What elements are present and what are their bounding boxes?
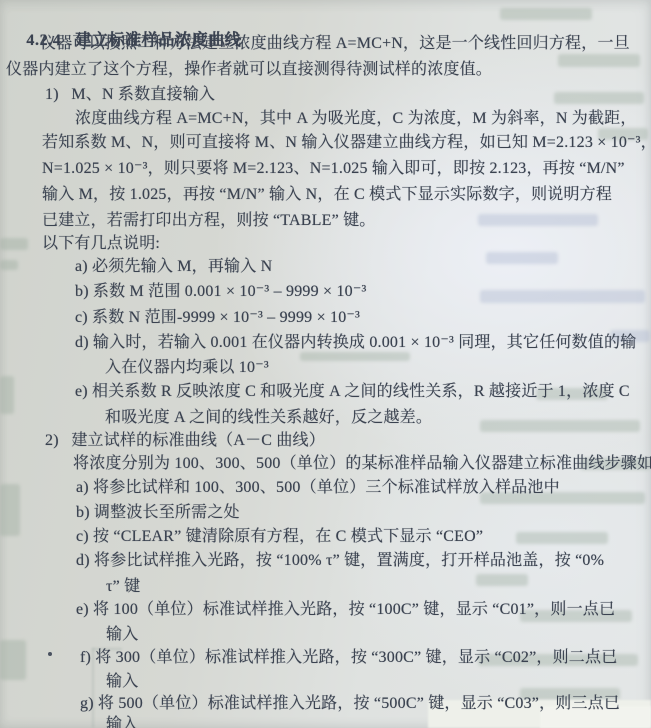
step-item-a: a) 将参比试样和 100、300、500（单位）三个标准试样放入样品池中 — [76, 477, 560, 499]
text-line: 输入 M，按 1.025，再按 “M/N” 输入 N，在 C 模式下显示实际数字… — [42, 184, 612, 206]
stray-dot-mark — [48, 652, 52, 656]
bleedthrough-mark — [554, 92, 644, 104]
step-item-g: g) 将 500（单位）标准试样推入光路，按 “500C” 键，显示 “C03”… — [80, 693, 620, 715]
bleedthrough-mark — [558, 54, 640, 67]
text-line: 以下有几点说明: — [42, 233, 160, 255]
text-line: 仪器内建立了这个方程，操作者就可以直接测得待测试样的浓度值。 — [6, 59, 492, 81]
bleedthrough-mark — [516, 532, 608, 544]
step-item-b: b) 调整波长至所需之处 — [76, 502, 240, 524]
step-item-d: d) 将参比试样推入光路，按 “100% τ” 键，置满度，打开样品池盖，按 “… — [76, 550, 604, 572]
step-item-f-cont: 输入 — [106, 671, 138, 693]
step-item-d-cont: τ” 键 — [106, 576, 140, 598]
step-item-e: e) 将 100（单位）标准试样推入光路，按 “100C” 键，显示 “C01”… — [76, 599, 615, 621]
bleedthrough-mark — [0, 640, 26, 680]
bleedthrough-mark — [480, 420, 640, 432]
note-item-a: a) 必须先输入 M，再输入 N — [75, 256, 272, 278]
document-page: 4.2.4建立标准样品浓度曲线 仪器可以按照二种方法建立浓度曲线方程 A=MC+… — [0, 0, 651, 728]
note-item-d: d) 输入时，若输入 0.001 在仪器内转换成 0.001 × 10⁻³ 同理… — [75, 332, 636, 354]
note-item-c: c) 系数 N 范围-9999 × 10⁻³ – 9999 × 10⁻³ — [75, 307, 360, 329]
bleedthrough-mark — [0, 238, 28, 250]
text-line: 将浓度分别为 100、300、500（单位）的某标准样品输入仪器建立标准曲线步骤… — [73, 453, 651, 475]
text-line: N=1.025 × 10⁻³，则只要将 M=2.123、N=1.025 输入即可… — [42, 158, 625, 180]
bleedthrough-mark — [0, 484, 20, 536]
step-item-f: f) 将 300（单位）标准试样推入光路，按 “300C” 键，显示 “C02”… — [80, 647, 617, 669]
bleedthrough-mark — [478, 214, 598, 226]
list-item-1-heading: 1) M、N 系数直接输入 — [45, 84, 215, 106]
note-item-b: b) 系数 M 范围 0.001 × 10⁻³ – 9999 × 10⁻³ — [75, 281, 367, 303]
note-item-d-cont: 入在仪器内均乘以 10⁻³ — [105, 357, 269, 379]
bleedthrough-mark — [480, 290, 645, 303]
text-line: 若知系数 M、N，则可直接将 M、N 输入仪器建立曲线方程，如已知 M=2.12… — [42, 132, 651, 154]
list-item-2-heading: 2) 建立试样的标准曲线（A－C 曲线） — [45, 430, 325, 452]
step-item-g-cont: 输入 — [106, 714, 138, 728]
note-item-e-cont: 和吸光度 A 之间的线性关系越好，反之越差。 — [105, 407, 432, 429]
text-line: 已建立，若需打印出方程，则按 “TABLE” 键。 — [42, 210, 375, 232]
text-line: 仪器可以按照二种方法建立浓度曲线方程 A=MC+N，这是一个线性回归方程，一旦 — [40, 33, 630, 55]
bleedthrough-mark — [0, 260, 18, 270]
note-item-e: e) 相关系数 R 反映浓度 C 和吸光度 A 之间的线性关系，R 越接近于 1… — [75, 381, 630, 403]
step-item-e-cont: 输入 — [106, 624, 138, 646]
bleedthrough-mark — [500, 8, 592, 20]
bleedthrough-mark — [486, 252, 558, 264]
bleedthrough-mark — [0, 376, 14, 414]
text-line: 浓度曲线方程 A=MC+N，其中 A 为吸光度，C 为浓度，M 为斜率，N 为截… — [75, 108, 637, 130]
bleedthrough-mark — [476, 574, 528, 586]
step-item-c: c) 按 “CLEAR” 键清除原有方程，在 C 模式下显示 “CEO” — [76, 526, 483, 548]
